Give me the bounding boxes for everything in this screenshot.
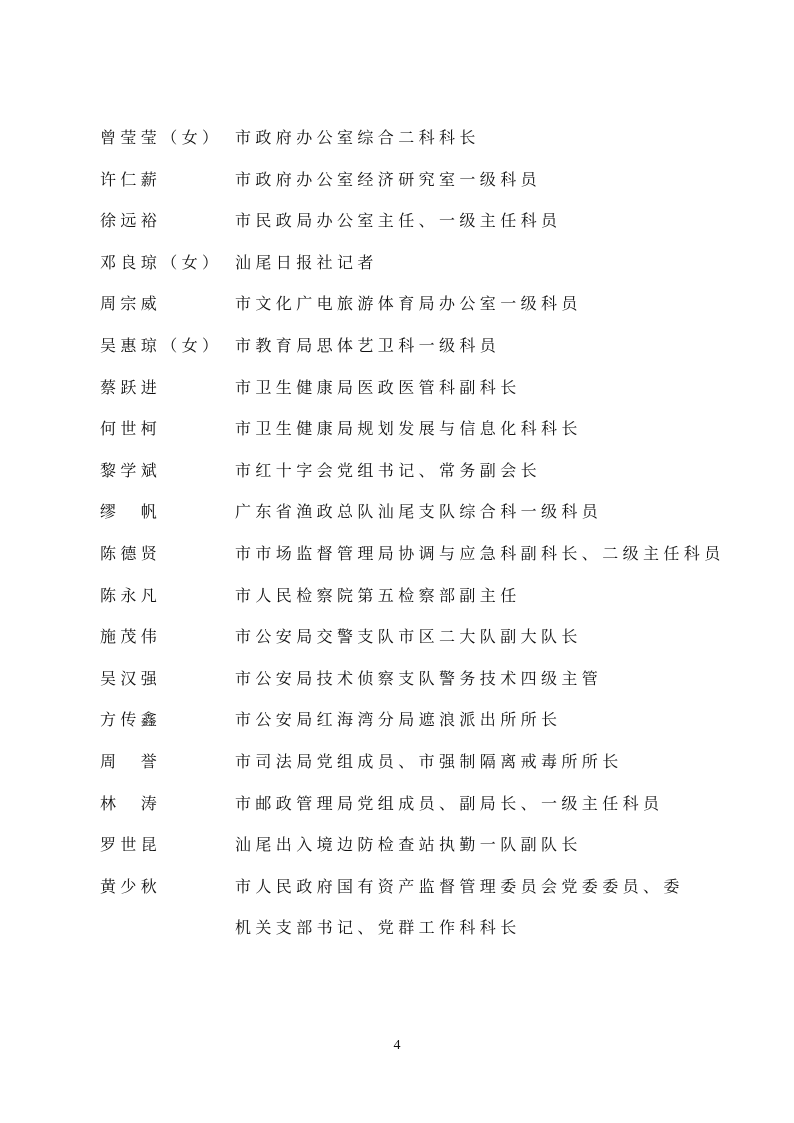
page-number: 4 — [0, 1038, 794, 1054]
roster-entry: 徐远裕 市民政局办公室主任、一级主任科员 — [100, 201, 739, 243]
person-title: 市文化广电旅游体育局办公室一级科员 — [235, 284, 739, 326]
person-title: 市人民检察院第五检察部副主任 — [235, 576, 739, 618]
person-title-line: 广东省渔政总队汕尾支队综合科一级科员 — [235, 492, 739, 534]
roster-entry: 陈德贤 市市场监督管理局协调与应急科副科长、二级主任科员 — [100, 534, 739, 576]
person-title-line: 汕尾日报社记者 — [235, 243, 739, 285]
person-title-line: 市人民政府国有资产监督管理委员会党委委员、委 — [235, 867, 739, 909]
person-title-line: 市公安局红海湾分局遮浪派出所所长 — [235, 700, 739, 742]
person-title: 市卫生健康局规划发展与信息化科科长 — [235, 409, 739, 451]
person-name: 吴汉强 — [100, 659, 235, 701]
person-title-line: 机关支部书记、党群工作科科长 — [235, 908, 739, 950]
roster-entry: 邓良琼（女） 汕尾日报社记者 — [100, 243, 739, 285]
person-title-line: 市政府办公室综合二科科长 — [235, 118, 739, 160]
person-name: 黎学斌 — [100, 451, 235, 493]
person-title-line: 市司法局党组成员、市强制隔离戒毒所所长 — [235, 742, 739, 784]
person-title: 市卫生健康局医政医管科副科长 — [235, 368, 739, 410]
person-title: 市市场监督管理局协调与应急科副科长、二级主任科员 — [235, 534, 739, 576]
person-name: 曾莹莹（女） — [100, 118, 235, 160]
roster-entry: 方传鑫 市公安局红海湾分局遮浪派出所所长 — [100, 700, 739, 742]
person-title-line: 市民政局办公室主任、一级主任科员 — [235, 201, 739, 243]
person-title: 广东省渔政总队汕尾支队综合科一级科员 — [235, 492, 739, 534]
person-name: 周宗威 — [100, 284, 235, 326]
roster-entry: 施茂伟 市公安局交警支队市区二大队副大队长 — [100, 617, 739, 659]
roster-entry: 缪 帆 广东省渔政总队汕尾支队综合科一级科员 — [100, 492, 739, 534]
person-name: 邓良琼（女） — [100, 243, 235, 285]
roster-entry: 曾莹莹（女） 市政府办公室综合二科科长 — [100, 118, 739, 160]
person-name: 吴惠琼（女） — [100, 326, 235, 368]
person-name: 陈德贤 — [100, 534, 235, 576]
roster-entry: 黄少秋 市人民政府国有资产监督管理委员会党委委员、委机关支部书记、党群工作科科长 — [100, 867, 739, 950]
person-title: 市司法局党组成员、市强制隔离戒毒所所长 — [235, 742, 739, 784]
person-name: 施茂伟 — [100, 617, 235, 659]
roster-entry: 罗世昆 汕尾出入境边防检查站执勤一队副队长 — [100, 825, 739, 867]
person-name: 黄少秋 — [100, 867, 235, 909]
person-title: 市公安局红海湾分局遮浪派出所所长 — [235, 700, 739, 742]
person-title-line: 市红十字会党组书记、常务副会长 — [235, 451, 739, 493]
person-title-line: 市教育局思体艺卫科一级科员 — [235, 326, 739, 368]
person-title: 市公安局交警支队市区二大队副大队长 — [235, 617, 739, 659]
person-title-line: 市政府办公室经济研究室一级科员 — [235, 160, 739, 202]
roster-entry: 林 涛 市邮政管理局党组成员、副局长、一级主任科员 — [100, 784, 739, 826]
roster-entry: 许仁薪 市政府办公室经济研究室一级科员 — [100, 160, 739, 202]
person-title-line: 市市场监督管理局协调与应急科副科长、二级主任科员 — [235, 534, 739, 576]
document-page: 曾莹莹（女） 市政府办公室综合二科科长 许仁薪 市政府办公室经济研究室一级科员 … — [0, 0, 794, 1123]
person-title-line: 市文化广电旅游体育局办公室一级科员 — [235, 284, 739, 326]
roster-entry: 吴惠琼（女） 市教育局思体艺卫科一级科员 — [100, 326, 739, 368]
roster-entry: 何世柯 市卫生健康局规划发展与信息化科科长 — [100, 409, 739, 451]
roster-entry: 周宗威 市文化广电旅游体育局办公室一级科员 — [100, 284, 739, 326]
person-title-line: 市卫生健康局医政医管科副科长 — [235, 368, 739, 410]
roster-entry: 吴汉强 市公安局技术侦察支队警务技术四级主管 — [100, 659, 739, 701]
person-name: 林 涛 — [100, 784, 235, 826]
person-name: 罗世昆 — [100, 825, 235, 867]
person-title: 市公安局技术侦察支队警务技术四级主管 — [235, 659, 739, 701]
person-title: 汕尾出入境边防检查站执勤一队副队长 — [235, 825, 739, 867]
person-title: 市邮政管理局党组成员、副局长、一级主任科员 — [235, 784, 739, 826]
person-title: 市人民政府国有资产监督管理委员会党委委员、委机关支部书记、党群工作科科长 — [235, 867, 739, 950]
person-name: 陈永凡 — [100, 576, 235, 618]
person-name: 蔡跃进 — [100, 368, 235, 410]
person-name: 许仁薪 — [100, 160, 235, 202]
person-name: 徐远裕 — [100, 201, 235, 243]
roster-entry: 蔡跃进 市卫生健康局医政医管科副科长 — [100, 368, 739, 410]
person-title: 市政府办公室经济研究室一级科员 — [235, 160, 739, 202]
person-title: 市政府办公室综合二科科长 — [235, 118, 739, 160]
person-title-line: 市公安局交警支队市区二大队副大队长 — [235, 617, 739, 659]
person-name: 何世柯 — [100, 409, 235, 451]
person-title-line: 市卫生健康局规划发展与信息化科科长 — [235, 409, 739, 451]
roster-entry: 周 誉 市司法局党组成员、市强制隔离戒毒所所长 — [100, 742, 739, 784]
person-title: 市红十字会党组书记、常务副会长 — [235, 451, 739, 493]
person-title-line: 市人民检察院第五检察部副主任 — [235, 576, 739, 618]
roster-entry: 陈永凡 市人民检察院第五检察部副主任 — [100, 576, 739, 618]
person-title: 市教育局思体艺卫科一级科员 — [235, 326, 739, 368]
person-title-line: 市邮政管理局党组成员、副局长、一级主任科员 — [235, 784, 739, 826]
person-title: 汕尾日报社记者 — [235, 243, 739, 285]
roster-entry: 黎学斌 市红十字会党组书记、常务副会长 — [100, 451, 739, 493]
person-name: 方传鑫 — [100, 700, 235, 742]
person-title-line: 市公安局技术侦察支队警务技术四级主管 — [235, 659, 739, 701]
person-title: 市民政局办公室主任、一级主任科员 — [235, 201, 739, 243]
roster-list: 曾莹莹（女） 市政府办公室综合二科科长 许仁薪 市政府办公室经济研究室一级科员 … — [100, 118, 739, 950]
person-title-line: 汕尾出入境边防检查站执勤一队副队长 — [235, 825, 739, 867]
person-name: 缪 帆 — [100, 492, 235, 534]
person-name: 周 誉 — [100, 742, 235, 784]
